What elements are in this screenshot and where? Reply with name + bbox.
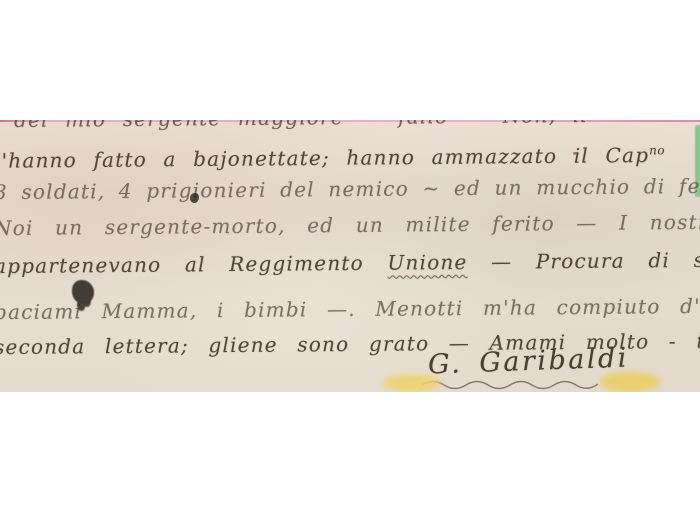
ink-blot <box>72 280 94 304</box>
letter-scan: del mio sergente maggiore — fallo — Non,… <box>0 120 700 392</box>
handwriting-line: baciami Mamma, i bimbi —. Menotti m'ha c… <box>0 293 700 325</box>
line-text: — Procura di sanare <box>467 247 700 274</box>
signature-flourish <box>420 378 610 390</box>
line-text: appartenevano al Reggimento <box>0 251 388 278</box>
handwriting-line: Noi un sergente-morto, ed un milite feri… <box>0 209 700 241</box>
superscript-abbreviation: no <box>649 143 665 157</box>
handwriting-line: l'hanno fatto a bajonettate; hanno ammaz… <box>0 137 700 174</box>
signature: G. Garibaldi <box>428 343 630 381</box>
line-text: l'hanno fatto a bajonettate; hanno ammaz… <box>0 143 649 173</box>
yellow-stain <box>383 374 441 392</box>
handwriting-line: 3 soldati, 4 prigionieri del nemico ~ ed… <box>0 173 700 205</box>
underlined-word: Unione <box>387 250 467 275</box>
handwriting-line-cutoff: del mio sergente maggiore — fallo — Non,… <box>14 120 700 133</box>
red-speck <box>573 152 576 155</box>
handwriting-line: appartenevano al Reggimento Unione — Pro… <box>0 247 700 279</box>
yellow-stain <box>600 372 660 392</box>
